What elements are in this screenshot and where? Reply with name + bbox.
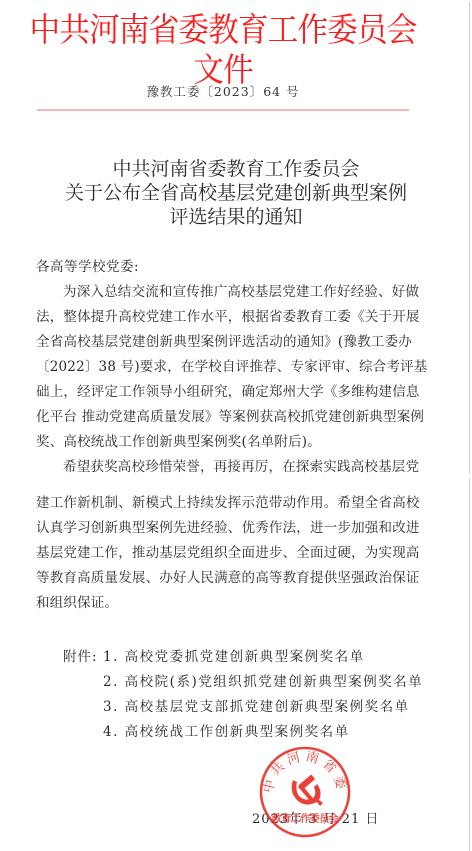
body-line: 希望获奖高校珍惜荣誉，再接再厉，在探索实践高校基层党 [63,458,412,476]
page-edge-border [469,2,470,474]
body-line: 全省高校基层党建创新典型案例评选活动的通知》(豫教工委办 [36,333,412,351]
body-line: 法，整体提升高校党建工作水平，根据省委教育工委《关于开展 [36,308,412,326]
document-number: 豫教工委〔2023〕64 号 [0,84,446,100]
attachment-item: 4. 高校统战工作创新典型案例奖名单 [103,723,350,741]
document-title: 中共河南省委教育工作委员会 关于公布全省高校基层党建创新典型案例 评选结果的通知 [0,157,472,229]
page-edge-border [469,479,470,851]
body-line: 为深入总结交流和宣传推广高校基层党建工作好经验、好做 [63,283,412,301]
body-line: 等教育高质量发展、办好人民满意的高等教育提供坚强政治保证 [36,569,412,587]
official-seal-icon: 中共河南省委 教育工作委员会 [259,746,351,838]
title-line: 评选结果的通知 [0,205,472,229]
title-line: 中共河南省委教育工作委员会 [0,157,472,181]
attachment-item: 1. 高校党委抓党建创新典型案例奖名单 [103,648,365,666]
body-line: 化平台 推动党建高质量发展》等案例获高校抓党建创新典型案例 [36,408,412,426]
body-line: 建工作新机制、新模式上持续发挥示范带动作用。希望全省高校 [36,494,412,512]
document-page: 中共河南省委教育工作委员会文件 豫教工委〔2023〕64 号 中共河南省委教育工… [0,0,468,851]
red-separator-line [37,109,409,111]
document-masthead: 中共河南省委教育工作委员会文件 [16,10,431,90]
body-line: 〔2022〕38 号)要求，在学校自评推荐、专家评审、综合考评基 [36,358,412,376]
attachment-item: 3. 高校基层党支部抓党建创新典型案例奖名单 [103,698,410,716]
body-line: 基层党建工作，推动基层党组织全面进步、全面过硬，为实现高 [36,544,412,562]
body-line: 认真学习创新典型案例先进经验、优秀作法，进一步加强和改进 [36,519,412,537]
title-line: 关于公布全省高校基层党建创新典型案例 [0,181,472,205]
svg-text:教育工作委员会: 教育工作委员会 [271,812,339,825]
salutation: 各高等学校党委: [36,258,139,276]
body-line: 奖、高校统战工作创新典型案例奖(名单附后)。 [36,433,412,451]
attachment-item: 2. 高校院(系)党组织抓党建创新典型案例奖名单 [103,673,423,691]
attachments-label: 附件: [63,648,98,666]
body-line: 和组织保证。 [36,594,412,612]
body-line: 础上，经评定工作领导小组研究，确定郑州大学《多维构建信息 [36,383,412,401]
